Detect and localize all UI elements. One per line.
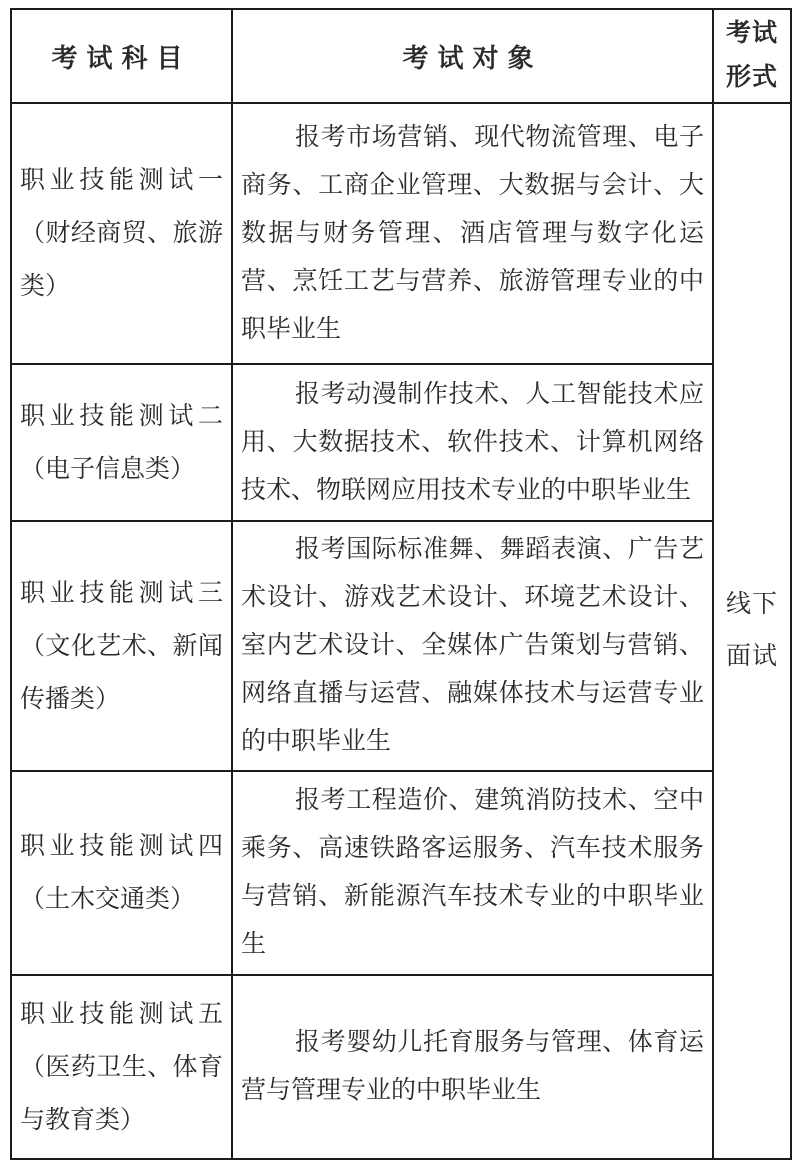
target-cell-test-3: 报考国际标准舞、舞蹈表演、广告艺术设计、游戏艺术设计、环境艺术设计、室内艺术设计… (232, 521, 713, 771)
table-row: 职业技能测试一（财经商贸、旅游类） 报考市场营销、现代物流管理、电子商务、工商企… (11, 103, 791, 364)
target-cell-test-2: 报考动漫制作技术、人工智能技术应用、大数据技术、软件技术、计算机网络技术、物联网… (232, 364, 713, 521)
subject-cell-test-3: 职业技能测试三（文化艺术、新闻传播类） (11, 521, 232, 771)
table-row: 职业技能测试三（文化艺术、新闻传播类） 报考国际标准舞、舞蹈表演、广告艺术设计、… (11, 521, 791, 771)
header-exam-format: 考试形式 (713, 9, 791, 103)
table-row: 职业技能测试四（土木交通类） 报考工程造价、建筑消防技术、空中乘务、高速铁路客运… (11, 771, 791, 975)
subject-cell-test-4: 职业技能测试四（土木交通类） (11, 771, 232, 975)
table-row: 职业技能测试五（医药卫生、体育与教育类） 报考婴幼儿托育服务与管理、体育运营与管… (11, 975, 791, 1159)
format-cell-merged: 线下面试 (713, 103, 791, 1159)
header-exam-target: 考试对象 (232, 9, 713, 103)
subject-cell-test-5: 职业技能测试五（医药卫生、体育与教育类） (11, 975, 232, 1159)
target-cell-test-1: 报考市场营销、现代物流管理、电子商务、工商企业管理、大数据与会计、大数据与财务管… (232, 103, 713, 364)
exam-info-table: 考试科目 考试对象 考试形式 职业技能测试一（财经商贸、旅游类） 报考市场营销、… (10, 8, 792, 1160)
subject-cell-test-2: 职业技能测试二（电子信息类） (11, 364, 232, 521)
document-page: 考试科目 考试对象 考试形式 职业技能测试一（财经商贸、旅游类） 报考市场营销、… (0, 0, 800, 1164)
target-cell-test-5: 报考婴幼儿托育服务与管理、体育运营与管理专业的中职毕业生 (232, 975, 713, 1159)
header-exam-subject: 考试科目 (11, 9, 232, 103)
table-row: 职业技能测试二（电子信息类） 报考动漫制作技术、人工智能技术应用、大数据技术、软… (11, 364, 791, 521)
target-cell-test-4: 报考工程造价、建筑消防技术、空中乘务、高速铁路客运服务、汽车技术服务与营销、新能… (232, 771, 713, 975)
table-header-row: 考试科目 考试对象 考试形式 (11, 9, 791, 103)
subject-cell-test-1: 职业技能测试一（财经商贸、旅游类） (11, 103, 232, 364)
